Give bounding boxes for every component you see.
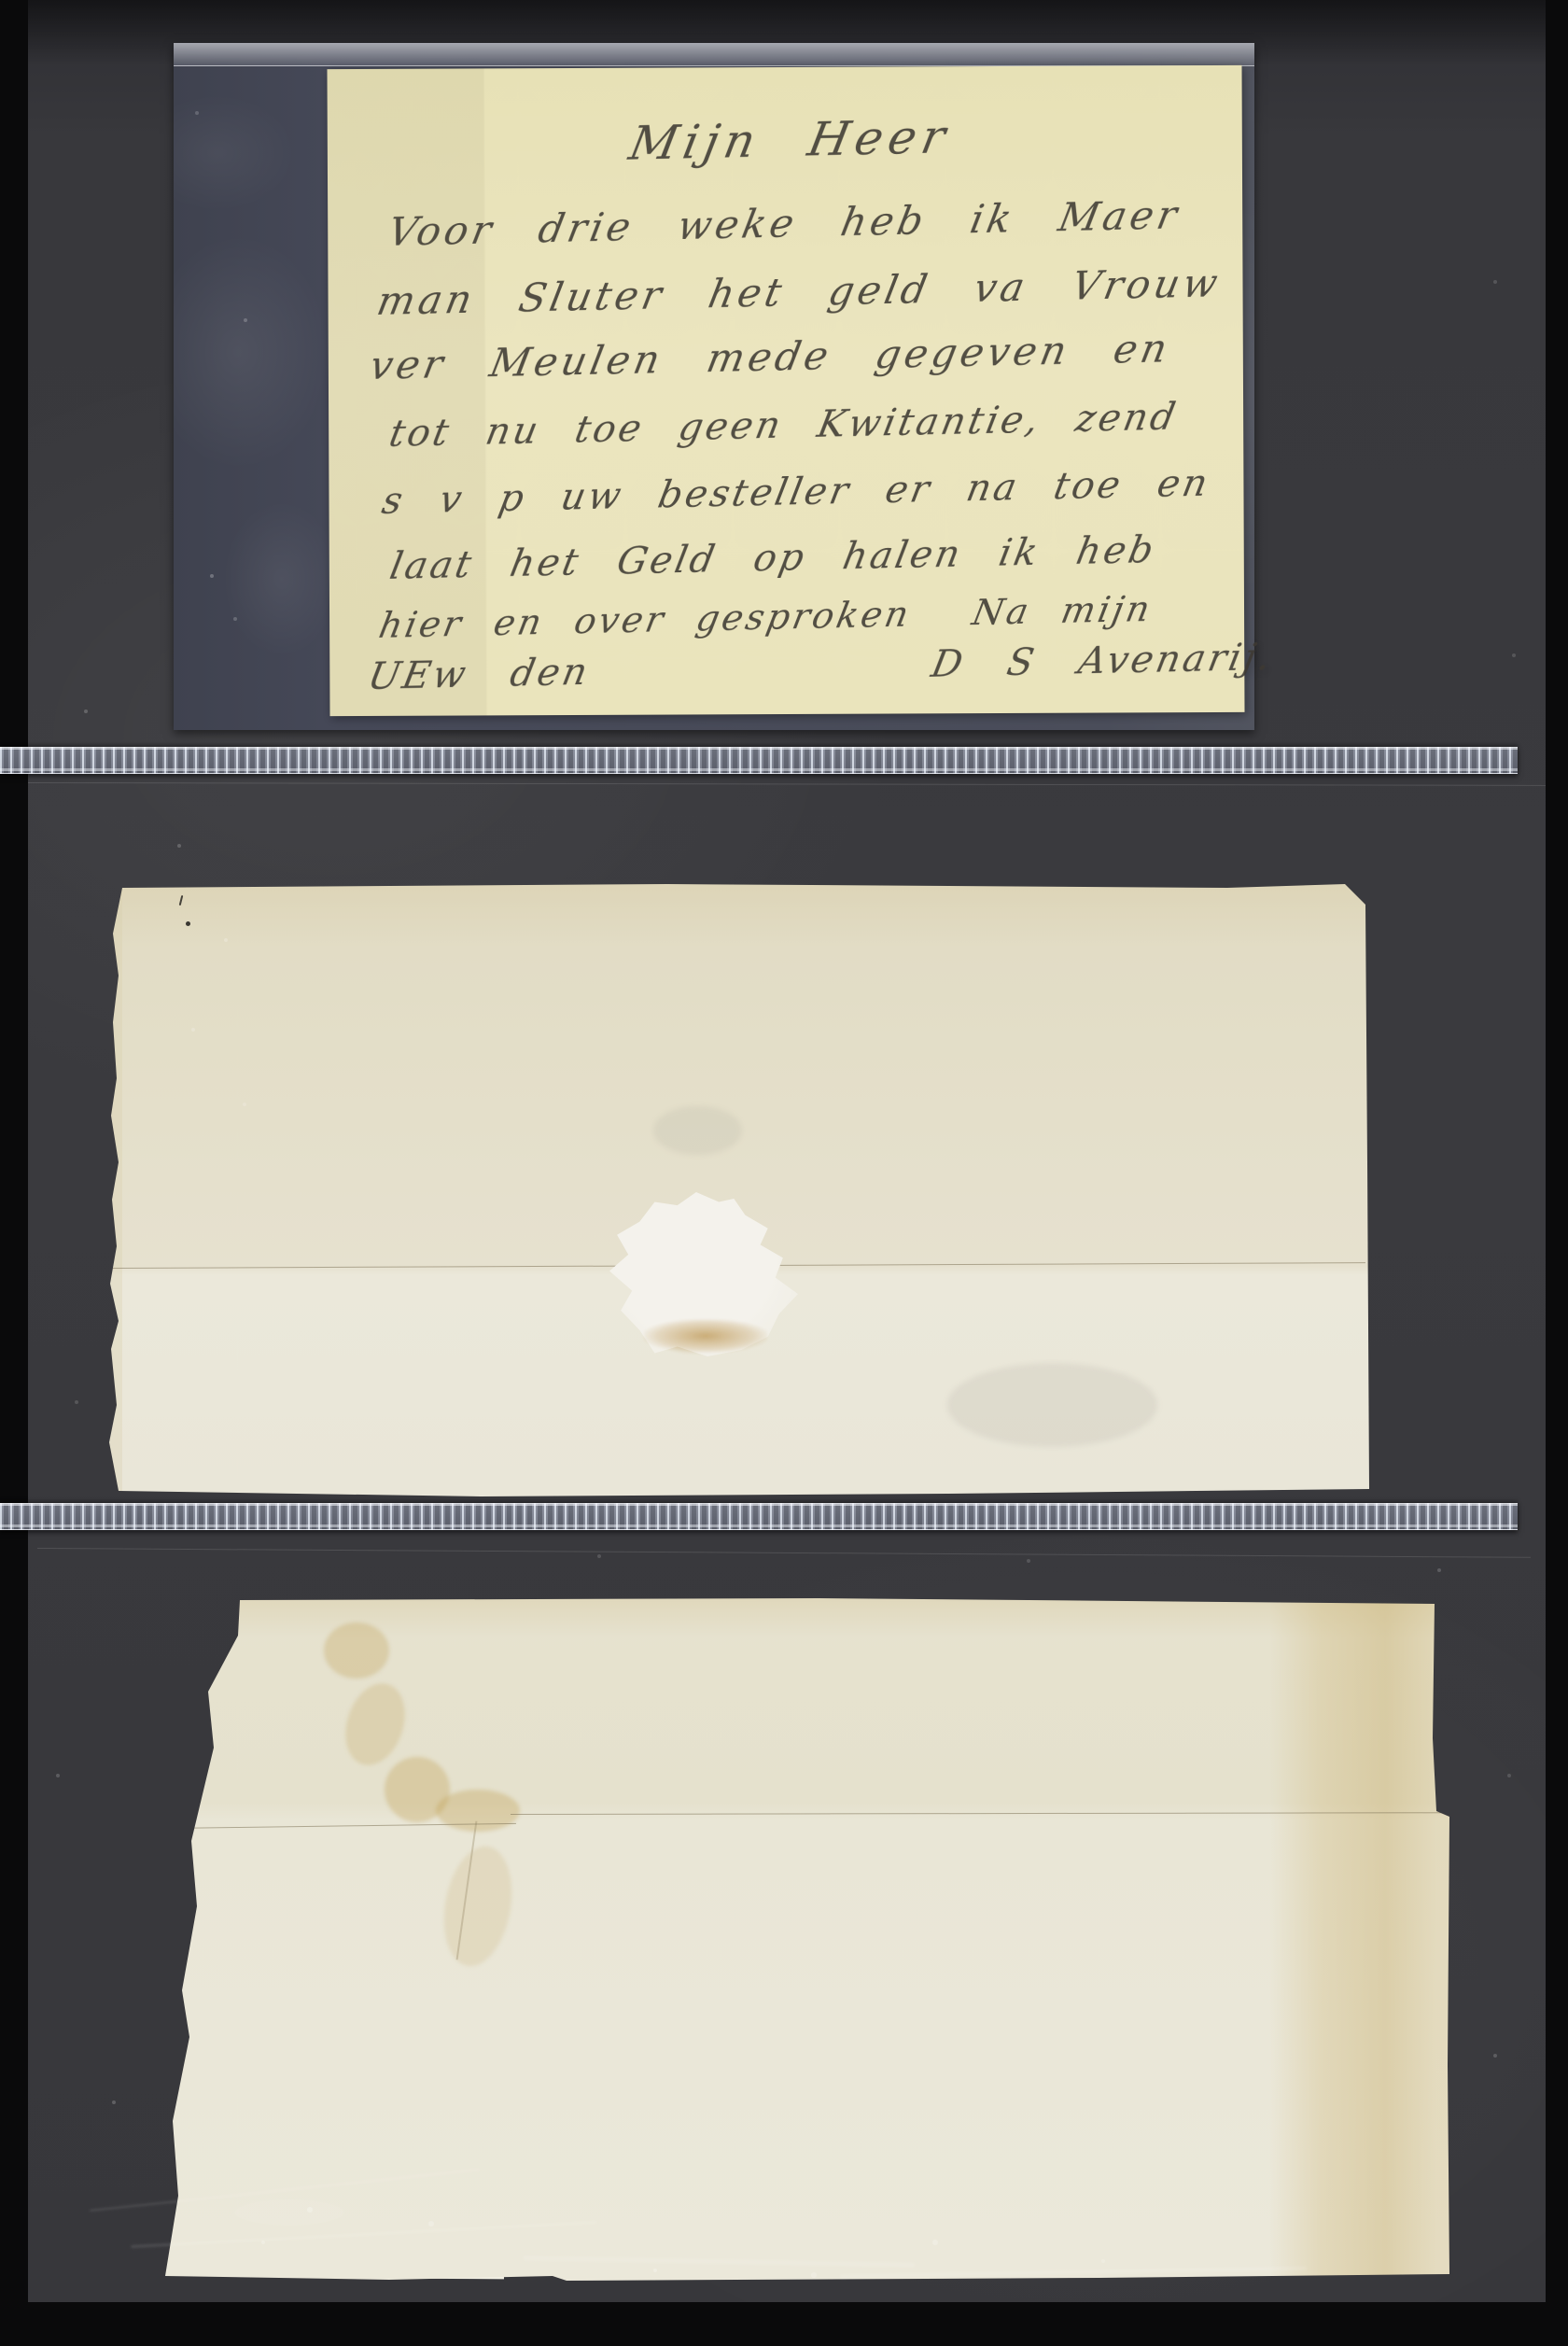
handwriting-line: Voor drie weke heb ik Maer [385, 191, 1184, 254]
mounting-strip-top [0, 747, 1518, 774]
stain-mark [435, 1841, 521, 1972]
envelope-bottom-back [165, 1598, 1449, 2281]
dust-specks [0, 0, 2, 2]
handwriting-line: s v p uw besteller er na toe en [379, 462, 1214, 523]
scuff-mark [233, 2198, 345, 2227]
handwriting-line: hier en over gesproken Na mijn [376, 588, 1156, 646]
handwritten-letter: Mijn Heer Voor drie weke heb ik Maer man… [327, 65, 1244, 716]
stain-mark [436, 1790, 520, 1832]
envelope-middle-back [107, 882, 1369, 1496]
ink-mark [179, 895, 184, 906]
handwriting-line: tot nu toe geen Kwitantie, zend [385, 395, 1182, 455]
stain-mark [336, 1676, 415, 1773]
sleeve-top-edge [174, 43, 1254, 66]
smudge-mark [653, 1106, 742, 1155]
stain-mark [324, 1623, 389, 1679]
smudge-mark [947, 1363, 1157, 1447]
mounting-strip-bottom [0, 1503, 1518, 1530]
handwriting-line: laat het Geld op halen ik heb [386, 528, 1160, 588]
handwriting-signature-line: UEw den D S Avenarij. [364, 636, 1277, 698]
handwriting-line: Mijn Heer [625, 109, 956, 170]
seal-adhesive-stain [644, 1319, 767, 1353]
ink-dot [186, 921, 190, 926]
envelope-bottom-fold-line-right [511, 1812, 1444, 1815]
handwriting-line: ver Meulen mede gegeven en [366, 325, 1174, 388]
handwriting-line: man Sluter het geld va Vrouw [373, 260, 1225, 324]
